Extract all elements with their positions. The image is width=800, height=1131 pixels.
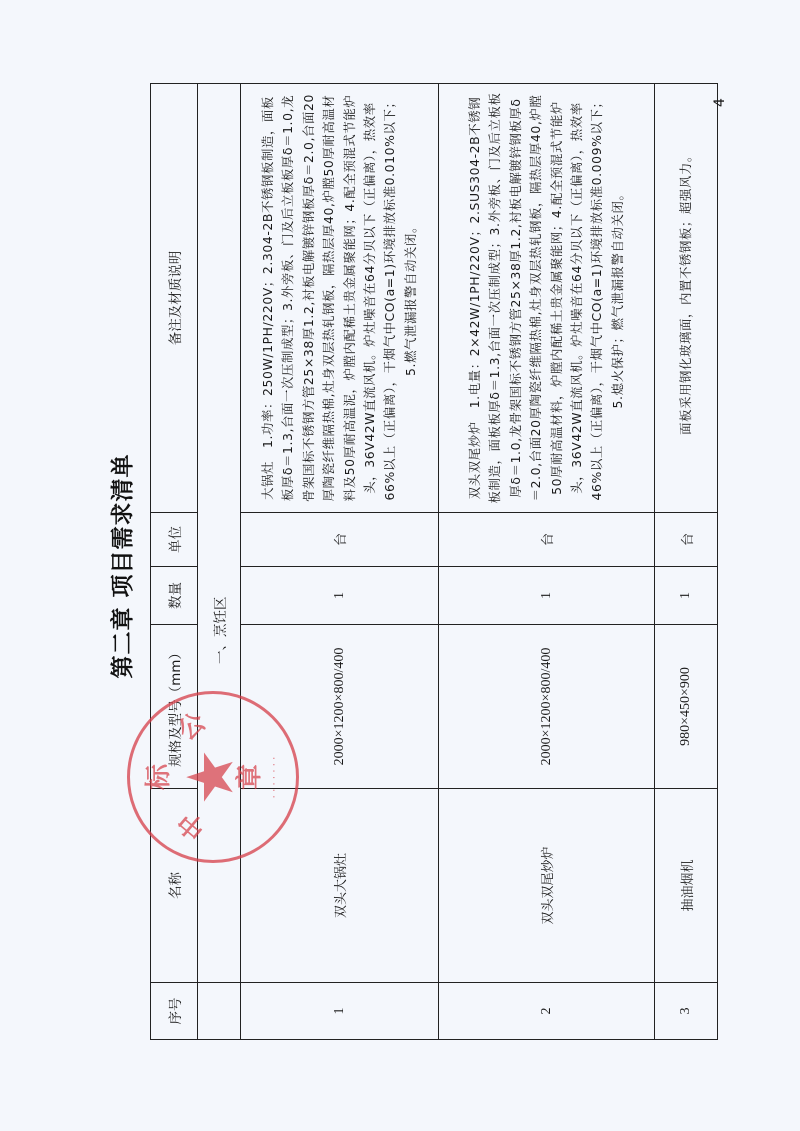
header-remarks: 备注及材质说明	[151, 84, 198, 513]
row-remarks: 面板采用钢化玻璃面，内置不锈钢板；超强风力。	[655, 84, 718, 513]
table-header-row: 序号 名称 规格及型号（mm） 数量 单位 备注及材质说明	[151, 84, 198, 1040]
row-index: 1	[241, 983, 439, 1040]
row-unit: 台	[241, 513, 439, 567]
row-quantity: 1	[241, 567, 439, 625]
header-name: 名称	[151, 789, 198, 983]
row-spec: 2000×1200×800/400	[241, 625, 439, 789]
header-spec: 规格及型号（mm）	[151, 625, 198, 789]
row-remarks: 双头双尾炒炉 1.电量：2×42W/1PH/220V；2.SUS304-2B不锈…	[439, 84, 655, 513]
row-name: 双头大锅灶	[241, 789, 439, 983]
row-name: 抽油烟机	[655, 789, 718, 983]
row-index: 2	[439, 983, 655, 1040]
header-index: 序号	[151, 983, 198, 1040]
row-spec: 980×450×900	[655, 625, 718, 789]
row-unit: 台	[439, 513, 655, 567]
section-label: 一、烹饪区	[198, 84, 241, 983]
row-unit: 台	[655, 513, 718, 567]
document-page: 第二章 项目需求清单 序号 名称 规格及型号（mm） 数量 单位 备注及材质说明	[0, 0, 800, 1131]
section-row: 一、烹饪区	[198, 84, 241, 1040]
table-row: 3 抽油烟机 980×450×900 1 台 面板采用钢化玻璃面，内置不锈钢板；…	[655, 84, 718, 1040]
section-title: 一、烹饪区	[213, 597, 229, 665]
row-index: 3	[655, 983, 718, 1040]
header-unit: 单位	[151, 513, 198, 567]
header-quantity: 数量	[151, 567, 198, 625]
requirements-table: 序号 名称 规格及型号（mm） 数量 单位 备注及材质说明 一、烹饪区 1 双头…	[150, 83, 718, 1040]
row-quantity: 1	[655, 567, 718, 625]
row-remarks: 大锅灶 1.功率：250W/1PH/220V；2.304-2B不锈钢板制造，面板…	[241, 84, 439, 513]
section-index-cell	[198, 983, 241, 1040]
row-spec: 2000×1200×800/400	[439, 625, 655, 789]
row-quantity: 1	[439, 567, 655, 625]
row-name: 双头双尾炒炉	[439, 789, 655, 983]
page-title: 第二章 项目需求清单	[103, 441, 143, 691]
table-row: 2 双头双尾炒炉 2000×1200×800/400 1 台 双头双尾炒炉 1.…	[439, 84, 655, 1040]
table-row: 1 双头大锅灶 2000×1200×800/400 1 台 大锅灶 1.功率：2…	[241, 84, 439, 1040]
page-number: 4	[712, 98, 728, 107]
